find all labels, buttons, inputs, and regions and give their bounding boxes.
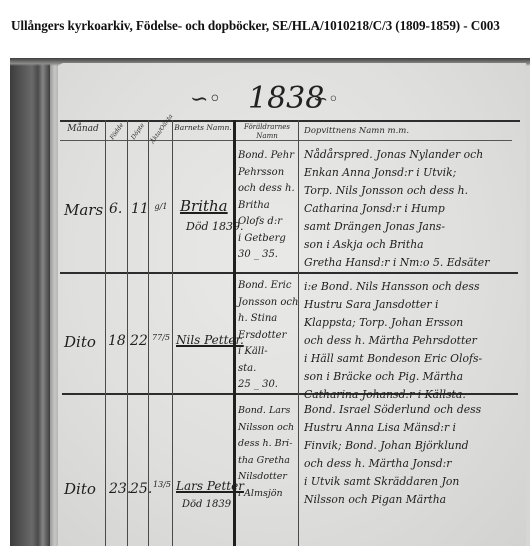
book-binding	[10, 58, 50, 546]
entry-born-day: 6.	[109, 201, 122, 217]
col-header-godparents: Dopvittnens Namn m.m.	[304, 127, 504, 136]
document-title: Ullångers kyrkoarkiv, Födelse- och dopbö…	[11, 18, 500, 34]
entry-godparents: Bond. Israel Söderlund och dess Hustru A…	[304, 401, 481, 509]
header-top-rule	[60, 120, 520, 122]
entry-child-name: Lars Petter	[176, 479, 244, 493]
row-divider-1	[60, 272, 518, 274]
entry-legitimacy: g/1	[152, 203, 170, 211]
entry-parents: Bond. Pehr Pehrsson och dess h. Britha O…	[238, 148, 295, 264]
flourish-right-icon: ∽◦	[313, 89, 339, 110]
entry-born-day: 23.	[109, 481, 131, 497]
scanned-page-image: ∽◦ 1838 ∽◦ Månad Födde Döpte Äkta/Oäkta …	[10, 58, 530, 546]
entry-legitimacy: 77/5	[152, 334, 170, 342]
entry-godparents: i:e Bond. Nils Hansson och dess Hustru S…	[304, 278, 482, 404]
col-header-child-name: Barnets Namn.	[174, 123, 232, 132]
title-bar: Ullångers kyrkoarkiv, Födelse- och dopbö…	[0, 0, 530, 52]
entry-baptized-day: 11	[131, 201, 149, 217]
register-page: ∽◦ 1838 ∽◦ Månad Födde Döpte Äkta/Oäkta …	[58, 63, 526, 546]
col-divider-month	[105, 120, 106, 546]
entry-child-name: Nils Petter.	[176, 333, 244, 347]
entry-parents: Bond. Lars Nilsson och dess h. Bri- tha …	[238, 403, 294, 502]
entry-month: Dito	[64, 480, 96, 498]
col-header-parents: Föräldrarnes Namn	[236, 123, 298, 141]
col-header-month: Månad	[62, 125, 104, 134]
entry-godparents: Nådårspred. Jonas Nylander och Enkan Ann…	[304, 146, 489, 272]
entry-born-day: 18	[108, 333, 126, 349]
col-divider-legitimacy	[172, 120, 173, 546]
flourish-left-icon: ∽◦	[190, 87, 221, 112]
entry-parents: Bond. Eric Jonsson och h. Stina Ersdotte…	[238, 278, 298, 394]
entry-month: Dito	[64, 333, 96, 351]
entry-child-name: Britha	[180, 197, 228, 215]
entry-child-note: Död 1839	[182, 499, 231, 510]
entry-baptized-day: 22	[130, 333, 148, 349]
page-edge	[50, 58, 58, 546]
entry-month: Mars	[64, 201, 103, 219]
entry-legitimacy: 13/5	[153, 481, 171, 489]
entry-child-note: Död 1839.	[186, 220, 243, 233]
entry-baptized-day: 25.	[130, 481, 152, 497]
